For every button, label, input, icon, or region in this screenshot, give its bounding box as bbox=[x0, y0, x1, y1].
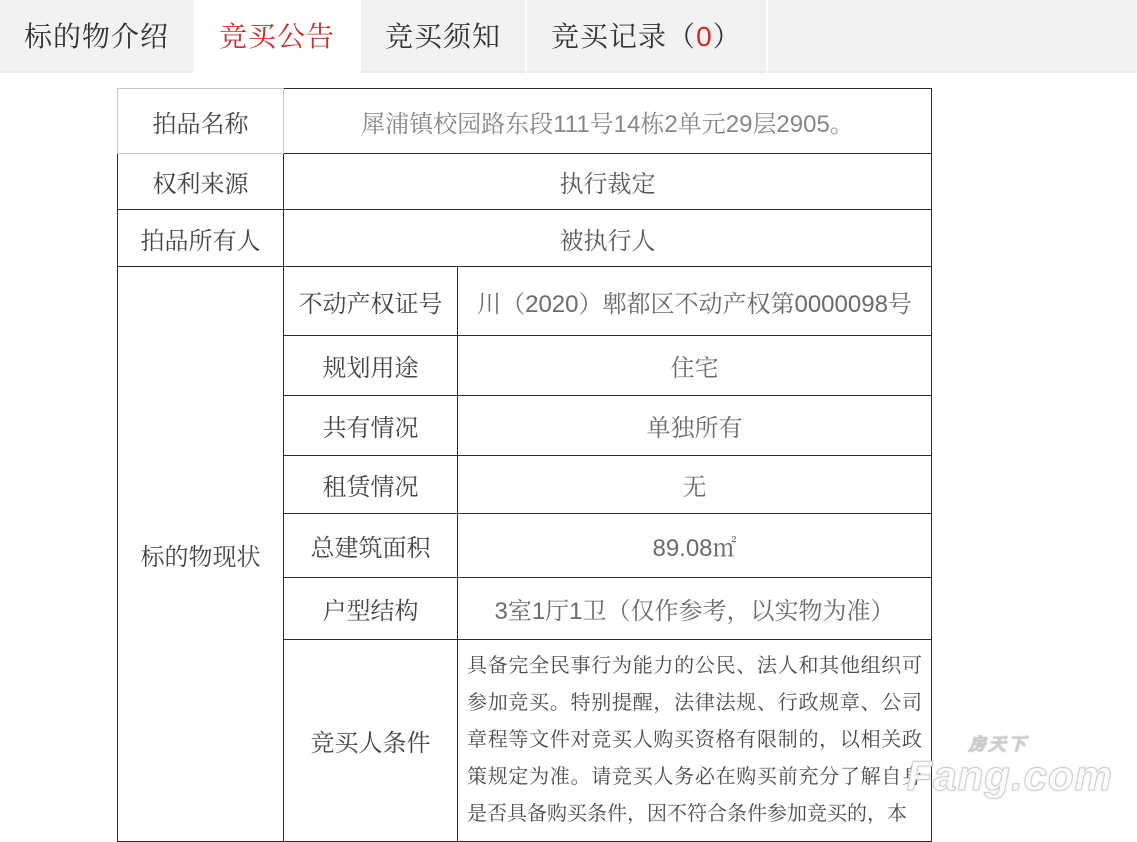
fang-watermark: 房天下 Fang.com bbox=[907, 736, 1113, 797]
tab-subject-intro[interactable]: 标的物介绍 bbox=[0, 0, 195, 73]
row-value-item-name: 犀浦镇校园路东段111号14栋2单元29层2905。 bbox=[284, 89, 932, 154]
auction-detail-table: 拍品名称 犀浦镇校园路东段111号14栋2单元29层2905。 权利来源 执行裁… bbox=[117, 88, 932, 811]
row-value-lease-status: 无 bbox=[458, 456, 932, 514]
paren-close: ） bbox=[713, 21, 742, 52]
row-label-item-owner: 拍品所有人 bbox=[118, 210, 284, 267]
row-value-planned-use: 住宅 bbox=[458, 336, 932, 396]
row-value-right-source: 执行裁定 bbox=[284, 154, 932, 210]
table-row: 标的物现状 不动产权证号 川（2020）郫都区不动产权第0000098号 bbox=[118, 267, 932, 336]
tab-bid-records[interactable]: 竞买记录（0） bbox=[527, 0, 768, 73]
row-label-planned-use: 规划用途 bbox=[284, 336, 458, 396]
row-value-item-owner: 被执行人 bbox=[284, 210, 932, 267]
paren-open: （ bbox=[667, 21, 696, 52]
row-label-bidder-conditions: 竞买人条件 bbox=[284, 640, 458, 812]
row-label-item-name: 拍品名称 bbox=[118, 89, 284, 154]
row-value-co-ownership: 单独所有 bbox=[458, 396, 932, 456]
tab-auction-notice[interactable]: 竞买须知 bbox=[361, 0, 527, 73]
row-value-unit-layout: 3室1厅1卫（仅作参考，以实物为准） bbox=[458, 578, 932, 640]
row-value-property-cert-no: 川（2020）郫都区不动产权第0000098号 bbox=[458, 267, 932, 336]
row-value-bidder-conditions: 具备完全民事行为能力的公民、法人和其他组织可参加竞买。特别提醒，法律法规、行政规… bbox=[458, 640, 932, 812]
fang-watermark-logo: Fang.com bbox=[907, 755, 1113, 797]
row-value-total-floor-area: 89.08㎡ bbox=[458, 514, 932, 578]
row-label-property-cert-no: 不动产权证号 bbox=[284, 267, 458, 336]
fang-watermark-cn: 房天下 bbox=[969, 736, 1113, 753]
tab-bid-records-label: 竞买记录 bbox=[551, 21, 667, 52]
table-row: 拍品所有人 被执行人 bbox=[118, 210, 932, 267]
tab-bar: 标的物介绍 竞买公告 竞买须知 竞买记录（0） bbox=[0, 0, 1137, 73]
bid-records-count: 0 bbox=[696, 21, 713, 52]
row-label-right-source: 权利来源 bbox=[118, 154, 284, 210]
table-row: 拍品名称 犀浦镇校园路东段111号14栋2单元29层2905。 bbox=[118, 89, 932, 154]
tab-auction-announcement[interactable]: 竞买公告 bbox=[195, 0, 361, 73]
row-label-lease-status: 租赁情况 bbox=[284, 456, 458, 514]
row-label-total-floor-area: 总建筑面积 bbox=[284, 514, 458, 578]
group-label-current-status: 标的物现状 bbox=[118, 267, 284, 812]
table-row: 权利来源 执行裁定 bbox=[118, 154, 932, 210]
row-label-unit-layout: 户型结构 bbox=[284, 578, 458, 640]
row-label-co-ownership: 共有情况 bbox=[284, 396, 458, 456]
